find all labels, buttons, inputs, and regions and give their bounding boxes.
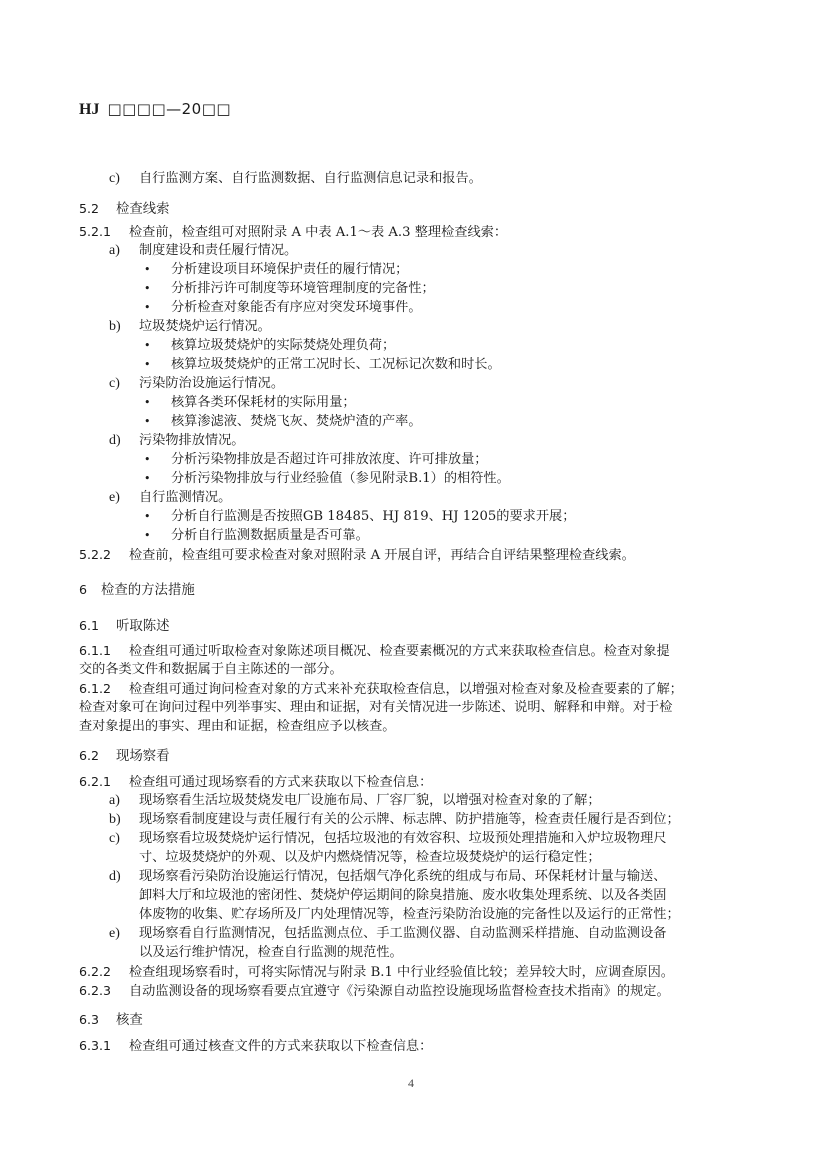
list-item: c)自行监测方案、自行监测数据、自行监测信息记录和报告。 bbox=[109, 169, 482, 188]
clause: 6.3.1检查组可通过核查文件的方式来获取以下检查信息： bbox=[79, 1036, 432, 1056]
list-item-continuation: 寸、垃圾焚烧炉的外观、以及炉内燃烧情况等，检查垃圾焚烧炉的运行稳定性； bbox=[139, 848, 601, 867]
bullet-icon: • bbox=[144, 450, 171, 469]
section-heading: 6.3核查 bbox=[79, 1010, 143, 1030]
section-heading: 6.1听取陈述 bbox=[79, 616, 170, 636]
bullet-item: •核算渗滤液、焚烧飞灰、焚烧炉渣的产率。 bbox=[144, 412, 422, 431]
clause: 6.2.2检查组现场察看时，可将实际情况与附录 B.1 中行业经验值比较；差异较… bbox=[79, 962, 674, 982]
list-item: d)污染物排放情况。 bbox=[109, 431, 245, 450]
bullet-item: •分析自行监测是否按照GB 18485、HJ 819、HJ 1205的要求开展； bbox=[144, 507, 575, 526]
chapter-heading: 6检查的方法措施 bbox=[79, 580, 195, 600]
standard-prefix: HJ bbox=[79, 101, 99, 118]
clause: 6.1.2检查组可通过询问检查对象的方式来补充获取检查信息，以增强对检查对象及检… bbox=[79, 679, 683, 699]
list-item-continuation: 卸料大厅和垃圾池的密闭性、焚烧炉停运期间的除臭措施、废水收集处理系统、以及各类固 bbox=[139, 886, 667, 905]
bullet-item: •分析自行监测数据质量是否可靠。 bbox=[144, 526, 369, 545]
bullet-item: •分析排污许可制度等环境管理制度的完备性； bbox=[144, 279, 435, 298]
list-item: b)垃圾焚烧炉运行情况。 bbox=[109, 317, 271, 336]
bullet-icon: • bbox=[144, 412, 171, 431]
list-item: a)现场察看生活垃圾焚烧发电厂设施布局、厂容厂貌，以增强对检查对象的了解； bbox=[109, 791, 601, 810]
bullet-item: •分析污染物排放是否超过许可排放浓度、许可排放量； bbox=[144, 450, 488, 469]
clause: 6.1.1检查组可通过听取检查对象陈述项目概况、检查要素概况的方式来获取检查信息… bbox=[79, 641, 670, 661]
clause-continuation: 查对象提出的事实、理由和证据，检查组应予以核查。 bbox=[79, 717, 396, 736]
clause: 5.2.1检查前，检查组可对照附录 A 中表 A.1～表 A.3 整理检查线索： bbox=[79, 222, 507, 242]
bullet-icon: • bbox=[144, 279, 171, 298]
list-item-continuation: 以及运行维护情况，检查自行监测的规范性。 bbox=[139, 943, 403, 962]
bullet-icon: • bbox=[144, 355, 171, 374]
bullet-icon: • bbox=[144, 393, 171, 412]
bullet-item: •核算垃圾焚烧炉的正常工况时长、工况标记次数和时长。 bbox=[144, 355, 501, 374]
clause: 6.2.3自动监测设备的现场察看要点宜遵守《污染源自动监控设施现场监督检查技术指… bbox=[79, 981, 670, 1001]
bullet-icon: • bbox=[144, 469, 171, 488]
list-item: d)现场察看污染防治设施运行情况，包括烟气净化系统的组成与布局、环保耗材计量与输… bbox=[109, 867, 667, 886]
list-item: a)制度建设和责任履行情况。 bbox=[109, 241, 297, 260]
clause: 5.2.2检查前，检查组可要求检查对象对照附录 A 开展自评，再结合自评结果整理… bbox=[79, 545, 635, 565]
bullet-item: •核算垃圾焚烧炉的实际焚烧处理负荷； bbox=[144, 336, 395, 355]
list-item: c)现场察看垃圾焚烧炉运行情况，包括垃圾池的有效容积、垃圾预处理措施和入炉垃圾物… bbox=[109, 829, 667, 848]
bullet-item: •分析污染物排放与行业经验值（参见附录B.1）的相符性。 bbox=[144, 469, 510, 488]
section-heading: 6.2现场察看 bbox=[79, 746, 170, 766]
list-item: b)现场察看制度建设与责任履行有关的公示牌、标志牌、防护措施等，检查责任履行是否… bbox=[109, 810, 680, 829]
clause-continuation: 交的各类文件和数据属于自主陈述的一部分。 bbox=[79, 660, 343, 679]
clause: 6.2.1检查组可通过现场察看的方式来获取以下检查信息： bbox=[79, 772, 432, 792]
standard-code: □□□□—20□□ bbox=[107, 100, 231, 118]
document-header: HJ□□□□—20□□ bbox=[79, 100, 231, 119]
page-number: 4 bbox=[408, 1076, 414, 1091]
bullet-icon: • bbox=[144, 298, 171, 317]
list-item-continuation: 体废物的收集、贮存场所及厂内处理情况等，检查污染防治设施的完备性以及运行的正常性… bbox=[139, 905, 680, 924]
bullet-icon: • bbox=[144, 507, 171, 526]
bullet-icon: • bbox=[144, 336, 171, 355]
list-item: e)现场察看自行监测情况，包括监测点位、手工监测仪器、自动监测采样措施、自动监测… bbox=[109, 924, 667, 943]
document-page: HJ□□□□—20□□ c)自行监测方案、自行监测数据、自行监测信息记录和报告。… bbox=[0, 0, 826, 1169]
bullet-icon: • bbox=[144, 526, 171, 545]
section-heading: 5.2检查线索 bbox=[79, 199, 170, 219]
bullet-item: •分析检查对象能否有序应对突发环境事件。 bbox=[144, 298, 422, 317]
bullet-item: •核算各类环保耗材的实际用量； bbox=[144, 393, 356, 412]
list-item: e)自行监测情况。 bbox=[109, 488, 231, 507]
bullet-item: •分析建设项目环境保护责任的履行情况； bbox=[144, 260, 408, 279]
clause-continuation: 检查对象可在询问过程中列举事实、理由和证据，对有关情况进一步陈述、说明、解释和申… bbox=[79, 698, 672, 717]
list-item: c)污染防治设施运行情况。 bbox=[109, 374, 284, 393]
bullet-icon: • bbox=[144, 260, 171, 279]
